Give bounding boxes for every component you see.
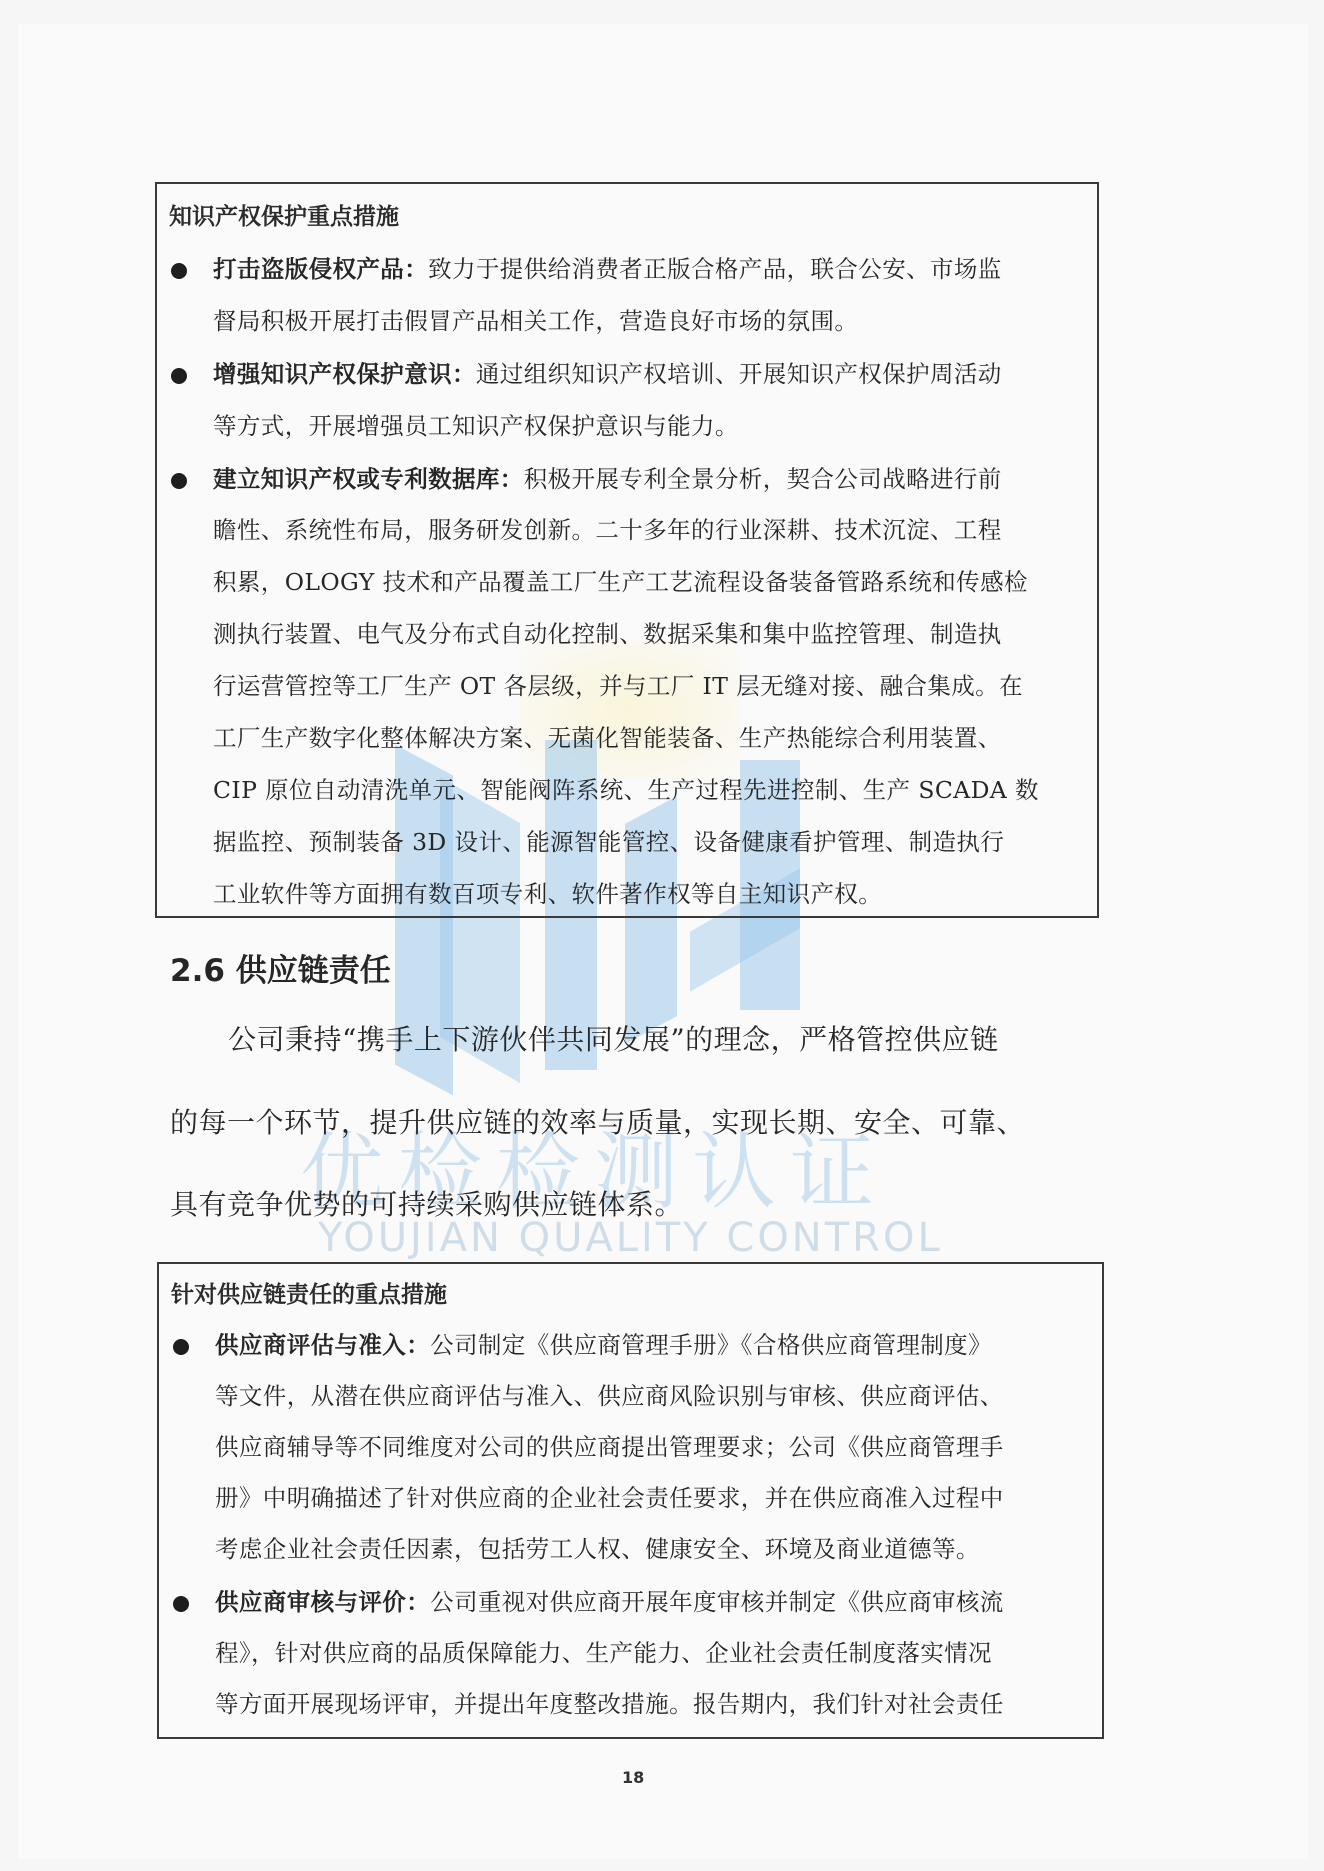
item-text: 据监控、预制装备 3D 设计、能源智能管控、设备健康看护管理、制造执行 — [213, 823, 1089, 857]
item-text: 行运营管控等工厂生产 OT 各层级，并与工厂 IT 层无缝对接、融合集成。在 — [213, 667, 1089, 701]
item-text: 程》，针对供应商的品质保障能力、生产能力、企业社会责任制度落实情况 — [215, 1634, 1094, 1668]
item-text: 公司重视对供应商开展年度审核并制定《供应商审核流 — [430, 1588, 1004, 1616]
item-text: 工厂生产数字化整体解决方案、无菌化智能装备、生产热能综合利用装置、 — [213, 719, 1089, 753]
box-title: 针对供应链责任的重点措施 — [171, 1276, 447, 1309]
item-text: 等文件，从潜在供应商评估与准入、供应商风险识别与审核、供应商评估、 — [215, 1377, 1094, 1411]
paragraph-line: 公司秉持“携手上下游伙伴共同发展”的理念，严格管控供应链 — [228, 1018, 999, 1058]
bullet-icon — [171, 368, 187, 384]
bullet-icon — [171, 263, 187, 279]
item-text: 供应商辅导等不同维度对公司的供应商提出管理要求；公司《供应商管理手 — [215, 1428, 1094, 1462]
item-text: 致力于提供给消费者正版合格产品，联合公安、市场监 — [428, 255, 1002, 283]
item-text: 通过组织知识产权培训、开展知识产权保护周活动 — [476, 360, 1002, 388]
item-text: 督局积极开展打击假冒产品相关工作，营造良好市场的氛围。 — [213, 302, 1089, 336]
item-lead: 增强知识产权保护意识： — [213, 360, 476, 388]
item-lead: 建立知识产权或专利数据库： — [213, 465, 524, 493]
item-lead: 供应商评估与准入： — [215, 1331, 430, 1359]
paragraph-line: 具有竞争优势的可持续采购供应链体系。 — [170, 1183, 683, 1223]
item-text: 考虑企业社会责任因素，包括劳工人权、健康安全、环境及商业道德等。 — [215, 1530, 1094, 1564]
item-text: 积极开展专利全景分析，契合公司战略进行前 — [524, 465, 1002, 493]
item-text: 测执行装置、电气及分布式自动化控制、数据采集和集中监控管理、制造执 — [213, 615, 1089, 649]
page-number: 18 — [622, 1768, 644, 1787]
item-text: CIP 原位自动清洗单元、智能阀阵系统、生产过程先进控制、生产 SCADA 数 — [213, 771, 1089, 805]
paragraph-line: 的每一个环节，提升供应链的效率与质量，实现长期、安全、可靠、 — [170, 1101, 1025, 1141]
item-lead: 供应商审核与评价： — [215, 1588, 430, 1616]
section-heading: 2.6 供应链责任 — [170, 945, 391, 990]
item-text: 瞻性、系统性布局，服务研发创新。二十多年的行业深耕、技术沉淀、工程 — [213, 511, 1089, 545]
item-text: 工业软件等方面拥有数百项专利、软件著作权等自主知识产权。 — [213, 875, 1089, 909]
item-lead: 打击盗版侵权产品： — [213, 255, 428, 283]
item-text: 等方面开展现场评审，并提出年度整改措施。报告期内，我们针对社会责任 — [215, 1685, 1094, 1719]
bullet-icon — [173, 1339, 189, 1355]
item-text: 册》中明确描述了针对供应商的企业社会责任要求，并在供应商准入过程中 — [215, 1479, 1094, 1513]
bullet-icon — [171, 473, 187, 489]
item-text: 公司制定《供应商管理手册》《合格供应商管理制度》 — [430, 1331, 992, 1359]
box-title: 知识产权保护重点措施 — [169, 198, 399, 231]
item-text: 等方式，开展增强员工知识产权保护意识与能力。 — [213, 407, 1089, 441]
bullet-icon — [173, 1596, 189, 1612]
ip-protection-box: 知识产权保护重点措施 打击盗版侵权产品：致力于提供给消费者正版合格产品，联合公安… — [155, 182, 1099, 918]
supply-chain-box: 针对供应链责任的重点措施 供应商评估与准入：公司制定《供应商管理手册》《合格供应… — [157, 1262, 1104, 1739]
item-text: 积累，OLOGY 技术和产品覆盖工厂生产工艺流程设备装备管路系统和传感检 — [213, 563, 1089, 597]
